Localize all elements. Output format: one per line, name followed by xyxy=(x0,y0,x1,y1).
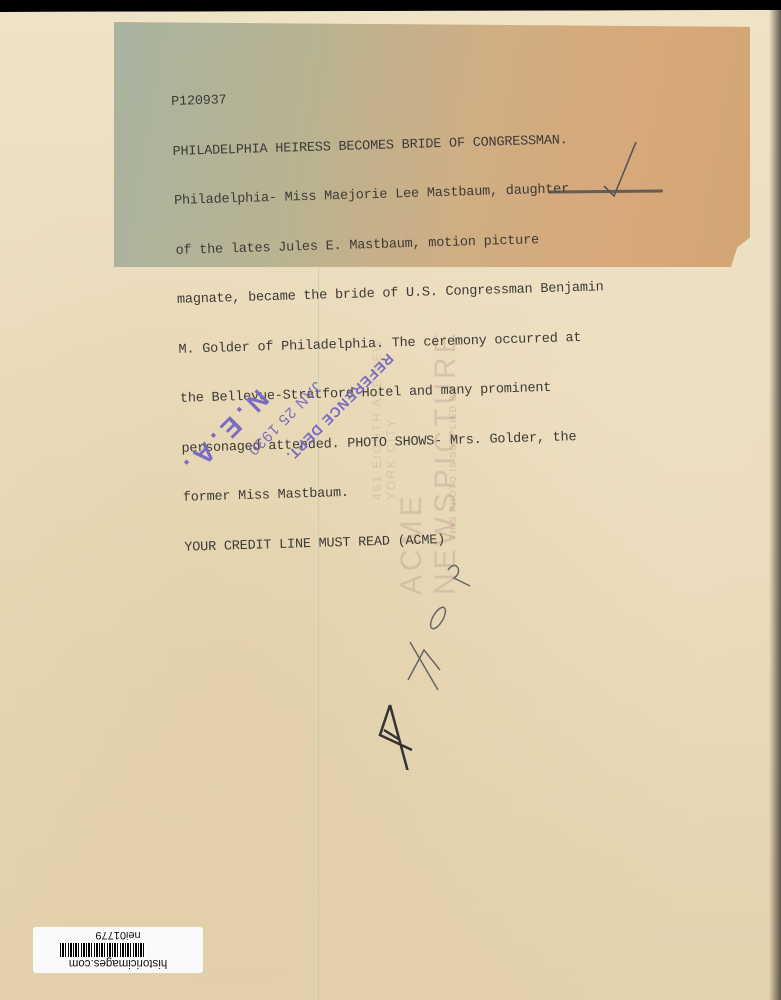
pencil-check-mark-icon xyxy=(600,138,640,198)
caption-line: of the lates Jules E. Mastbaum, motion p… xyxy=(175,227,735,260)
caption-line: former Miss Mastbaum. xyxy=(183,474,743,507)
scan-border-top xyxy=(0,0,781,12)
pencil-handwriting xyxy=(360,540,480,770)
scan-border-right xyxy=(769,0,781,1000)
caption-line: Philadelphia- Miss Maejorie Lee Mastbaum… xyxy=(174,177,734,210)
barcode-icon xyxy=(60,943,146,957)
label-website: historicimages.com xyxy=(33,957,203,969)
inventory-label: nei01779 historicimages.com xyxy=(33,927,203,973)
caption-headline: PHILADELPHIA HEIRESS BECOMES BRIDE OF CO… xyxy=(172,128,732,161)
caption-text: P120937 PHILADELPHIA HEIRESS BECOMES BRI… xyxy=(170,45,745,573)
caption-id: P120937 xyxy=(171,78,731,111)
caption-line: M. Golder of Philadelphia. The ceremony … xyxy=(178,326,738,359)
caption-line: magnate, became the bride of U.S. Congre… xyxy=(177,276,737,309)
inventory-code: nei01779 xyxy=(33,929,203,941)
